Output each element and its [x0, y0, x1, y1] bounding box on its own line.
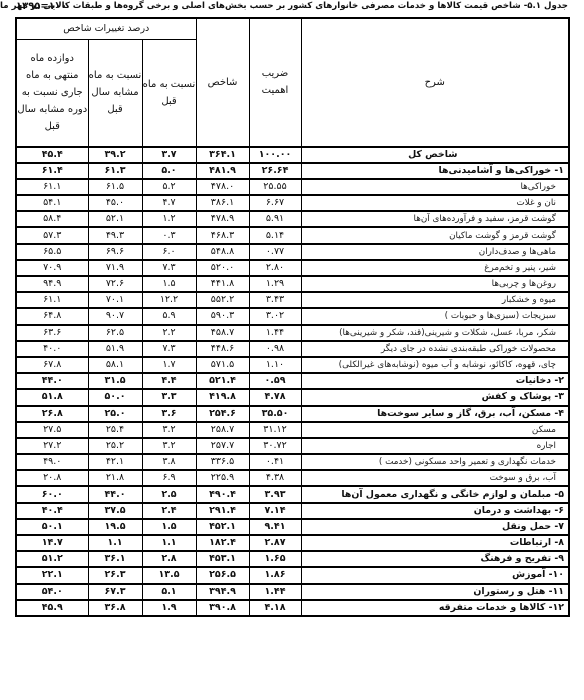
row-change-twelve-month: ۱۴.۷	[16, 535, 88, 551]
row-description: ۲- دخانیات	[301, 373, 569, 389]
row-change-twelve-month: ۵۱.۸	[16, 389, 88, 405]
table-row: گوشت قرمز، سفید و فرآورده‌های آن‌ها۵.۹۱۴…	[16, 211, 569, 227]
row-index: ۲۵۴.۶	[196, 406, 249, 422]
row-change-vs-same-month-prev-year: ۶۹.۶	[88, 244, 142, 260]
table-row: میوه و خشکبار۳.۴۳۵۵۲.۲۱۲.۲۷۰.۱۶۱.۱	[16, 292, 569, 308]
row-change-twelve-month: ۴۵.۹	[16, 600, 88, 616]
row-weight: ۲.۸۷	[249, 535, 301, 551]
row-change-vs-prev-month: ۱.۵	[142, 519, 196, 535]
row-index: ۴۵۸.۷	[196, 325, 249, 341]
row-index: ۲۵۸.۷	[196, 422, 249, 438]
table-row: خدمات نگهداری و تعمیر واحد مسکونی (خدمت …	[16, 454, 569, 470]
row-change-vs-prev-month: ۶.۰	[142, 244, 196, 260]
row-weight: ۱.۸۶	[249, 567, 301, 583]
row-description: ۷- حمل ونقل	[301, 519, 569, 535]
row-change-vs-same-month-prev-year: ۷۱.۹	[88, 260, 142, 276]
row-index: ۴۴۸.۶	[196, 341, 249, 357]
row-change-twelve-month: ۴۹.۰	[16, 454, 88, 470]
row-weight: ۲.۸۰	[249, 260, 301, 276]
row-description: ۹- تفریح و فرهنگ	[301, 551, 569, 567]
col-header-vs-prev-month: نسبت به ماه قبل	[142, 40, 196, 147]
row-description: ۴- مسکن، آب، برق، گاز و سایر سوخت‌ها	[301, 406, 569, 422]
row-weight: ۰.۴۱	[249, 454, 301, 470]
row-change-vs-prev-month: ۵.۰	[142, 163, 196, 179]
row-change-vs-same-month-prev-year: ۲۵.۰	[88, 406, 142, 422]
row-change-twelve-month: ۵۴.۱	[16, 195, 88, 211]
row-index: ۴۱۹.۸	[196, 389, 249, 405]
col-header-weight: ضریب اهمیت	[249, 18, 301, 147]
row-weight: ۰.۹۸	[249, 341, 301, 357]
row-index: ۴۷۸.۹	[196, 211, 249, 227]
table-row: ۹- تفریح و فرهنگ۱.۶۵۴۵۳.۱۲.۸۳۶.۱۵۱.۲	[16, 551, 569, 567]
table-row: شکر، مربا، عسل، شکلات و شیرینی(قند، شکر …	[16, 325, 569, 341]
row-weight: ۳.۴۳	[249, 292, 301, 308]
row-change-vs-same-month-prev-year: ۶۱.۵	[88, 179, 142, 195]
table-row: سبزیجات (سبزی‌ها و حبوبات )۳.۰۲۵۹۰.۳۵.۹۹…	[16, 308, 569, 324]
row-change-twelve-month: ۲۶.۸	[16, 406, 88, 422]
table-row: چای، قهوه، کاکائو، نوشابه و آب میوه (نوش…	[16, 357, 569, 373]
row-change-twelve-month: ۲۷.۲	[16, 438, 88, 454]
row-change-vs-same-month-prev-year: ۲۱.۸	[88, 470, 142, 486]
row-description: ۱۰- آموزش	[301, 567, 569, 583]
row-index: ۲۵۷.۷	[196, 438, 249, 454]
row-index: ۳۳۶.۵	[196, 454, 249, 470]
row-change-vs-same-month-prev-year: ۴۴.۰	[88, 486, 142, 502]
row-change-twelve-month: ۶۱.۱	[16, 179, 88, 195]
col-header-index: شاخص	[196, 18, 249, 147]
row-change-vs-same-month-prev-year: ۳۶.۸	[88, 600, 142, 616]
row-weight: ۳۰.۷۲	[249, 438, 301, 454]
row-change-twelve-month: ۵۴.۰	[16, 584, 88, 600]
row-change-vs-same-month-prev-year: ۴۹.۳	[88, 227, 142, 243]
row-index: ۴۶۸.۳	[196, 227, 249, 243]
row-description: روغن‌ها و چربی‌ها	[301, 276, 569, 292]
table-row: آب، برق و سوخت۴.۳۸۲۲۵.۹۶.۹۲۱.۸۲۰.۸	[16, 470, 569, 486]
row-weight: ۰.۷۷	[249, 244, 301, 260]
row-weight: ۱.۴۴	[249, 584, 301, 600]
row-change-vs-prev-month: ۱.۵	[142, 276, 196, 292]
row-index: ۲۲۵.۹	[196, 470, 249, 486]
row-change-vs-same-month-prev-year: ۵۲.۱	[88, 211, 142, 227]
title-bar: ۱۳۹۵=۱۰۰ جدول ۵.۱- شاخص قیمت کالاها و خد…	[0, 0, 584, 17]
row-change-vs-prev-month: ۵.۲	[142, 179, 196, 195]
row-weight: ۵.۹۱	[249, 211, 301, 227]
row-index: ۵۷۱.۵	[196, 357, 249, 373]
table-row: ۷- حمل ونقل۹.۴۱۴۵۲.۱۱.۵۱۹.۵۵۰.۱	[16, 519, 569, 535]
row-change-twelve-month: ۲۰.۸	[16, 470, 88, 486]
table-row: مسکن۳۱.۱۲۲۵۸.۷۳.۲۲۵.۴۲۷.۵	[16, 422, 569, 438]
row-change-vs-same-month-prev-year: ۲۵.۲	[88, 438, 142, 454]
row-change-vs-prev-month: ۳.۳	[142, 389, 196, 405]
row-weight: ۲۶.۶۴	[249, 163, 301, 179]
row-weight: ۶.۶۷	[249, 195, 301, 211]
row-change-twelve-month: ۶۰.۰	[16, 486, 88, 502]
row-change-twelve-month: ۶۳.۶	[16, 325, 88, 341]
row-change-twelve-month: ۲۲.۱	[16, 567, 88, 583]
row-change-twelve-month: ۶۷.۸	[16, 357, 88, 373]
row-weight: ۱.۱۰	[249, 357, 301, 373]
row-change-vs-same-month-prev-year: ۹۰.۷	[88, 308, 142, 324]
row-index: ۳۹۰.۸	[196, 600, 249, 616]
row-index: ۴۸۱.۹	[196, 163, 249, 179]
row-change-vs-prev-month: ۴.۷	[142, 195, 196, 211]
row-index: ۱۸۲.۴	[196, 535, 249, 551]
row-description: آب، برق و سوخت	[301, 470, 569, 486]
cpi-table: شرح ضریب اهمیت شاخص درصد تغییرات شاخص نس…	[15, 17, 570, 617]
row-change-twelve-month: ۴۰.۰	[16, 341, 88, 357]
row-change-twelve-month: ۶۱.۱	[16, 292, 88, 308]
row-weight: ۲۵.۵۵	[249, 179, 301, 195]
table-row: نان و غلات۶.۶۷۳۸۶.۱۴.۷۴۵.۰۵۴.۱	[16, 195, 569, 211]
table-row: اجاره۳۰.۷۲۲۵۷.۷۳.۲۲۵.۲۲۷.۲	[16, 438, 569, 454]
row-change-vs-prev-month: ۳.۲	[142, 438, 196, 454]
row-index: ۴۹۰.۴	[196, 486, 249, 502]
table-row: ماهی‌ها و صدف‌داران۰.۷۷۵۴۸.۸۶.۰۶۹.۶۶۵.۵	[16, 244, 569, 260]
row-change-vs-prev-month: ۷.۳	[142, 260, 196, 276]
row-change-vs-same-month-prev-year: ۴۲.۱	[88, 454, 142, 470]
row-change-vs-same-month-prev-year: ۶۷.۳	[88, 584, 142, 600]
row-description: نان و غلات	[301, 195, 569, 211]
row-change-vs-same-month-prev-year: ۷۰.۱	[88, 292, 142, 308]
row-description: شیر، پنیر و تخم‌مرغ	[301, 260, 569, 276]
row-change-vs-prev-month: ۱.۲	[142, 211, 196, 227]
row-weight: ۳.۹۳	[249, 486, 301, 502]
row-change-twelve-month: ۵۱.۲	[16, 551, 88, 567]
row-change-vs-same-month-prev-year: ۳۶.۱	[88, 551, 142, 567]
row-weight: ۰.۵۹	[249, 373, 301, 389]
row-change-vs-prev-month: ۵.۹	[142, 308, 196, 324]
row-description: خوراکی‌ها	[301, 179, 569, 195]
col-header-description: شرح	[301, 18, 569, 147]
row-description: ۵- مبلمان و لوازم خانگی و نگهداری معمول …	[301, 486, 569, 502]
table-row: خوراکی‌ها۲۵.۵۵۴۷۸.۰۵.۲۶۱.۵۶۱.۱	[16, 179, 569, 195]
table-row: محصولات خوراکی طبقه‌بندی نشده در جای دیگ…	[16, 341, 569, 357]
row-change-twelve-month: ۴۵.۴	[16, 147, 88, 163]
row-change-vs-same-month-prev-year: ۶۱.۳	[88, 163, 142, 179]
row-description: محصولات خوراکی طبقه‌بندی نشده در جای دیگ…	[301, 341, 569, 357]
row-weight: ۴.۱۸	[249, 600, 301, 616]
table-row: شاخص کل۱۰۰.۰۰۳۶۴.۱۳.۷۳۹.۲۴۵.۴	[16, 147, 569, 163]
row-change-vs-prev-month: ۲.۲	[142, 325, 196, 341]
row-change-vs-prev-month: ۲.۵	[142, 486, 196, 502]
row-change-vs-prev-month: ۳.۷	[142, 147, 196, 163]
table-body: شاخص کل۱۰۰.۰۰۳۶۴.۱۳.۷۳۹.۲۴۵.۴۱- خوراکی‌ه…	[16, 147, 569, 616]
row-weight: ۱.۲۹	[249, 276, 301, 292]
row-description: ۱۲- کالاها و خدمات متفرقه	[301, 600, 569, 616]
col-header-vs-same-month-prev-year: نسبت به ماه مشابه سال قبل	[88, 40, 142, 147]
row-description: چای، قهوه، کاکائو، نوشابه و آب میوه (نوش…	[301, 357, 569, 373]
table-row: ۱۱- هتل و رستوران۱.۴۴۳۹۴.۹۵.۱۶۷.۳۵۴.۰	[16, 584, 569, 600]
row-index: ۴۴۱.۸	[196, 276, 249, 292]
row-change-twelve-month: ۴۰.۴	[16, 503, 88, 519]
row-change-vs-prev-month: ۱.۱	[142, 535, 196, 551]
row-change-vs-prev-month: ۱.۹	[142, 600, 196, 616]
row-change-vs-same-month-prev-year: ۵۱.۹	[88, 341, 142, 357]
row-change-vs-prev-month: ۱.۷	[142, 357, 196, 373]
table-row: ۳- پوشاک و کفش۴.۷۸۴۱۹.۸۳.۳۵۰.۰۵۱.۸	[16, 389, 569, 405]
table-row: روغن‌ها و چربی‌ها۱.۲۹۴۴۱.۸۱.۵۷۲.۶۹۴.۹	[16, 276, 569, 292]
row-change-vs-prev-month: ۵.۱	[142, 584, 196, 600]
row-description: شکر، مربا، عسل، شکلات و شیرینی(قند، شکر …	[301, 325, 569, 341]
row-weight: ۱.۶۵	[249, 551, 301, 567]
row-weight: ۱۰۰.۰۰	[249, 147, 301, 163]
row-description: خدمات نگهداری و تعمیر واحد مسکونی (خدمت …	[301, 454, 569, 470]
row-change-vs-same-month-prev-year: ۳۹.۲	[88, 147, 142, 163]
row-weight: ۴.۷۸	[249, 389, 301, 405]
row-index: ۴۵۲.۱	[196, 519, 249, 535]
row-weight: ۹.۴۱	[249, 519, 301, 535]
row-index: ۵۲۱.۴	[196, 373, 249, 389]
row-index: ۳۹۴.۹	[196, 584, 249, 600]
table-row: ۱۲- کالاها و خدمات متفرقه۴.۱۸۳۹۰.۸۱.۹۳۶.…	[16, 600, 569, 616]
row-change-twelve-month: ۶۵.۵	[16, 244, 88, 260]
row-weight: ۴.۳۸	[249, 470, 301, 486]
row-weight: ۳۵.۵۰	[249, 406, 301, 422]
row-change-twelve-month: ۹۴.۹	[16, 276, 88, 292]
row-change-vs-same-month-prev-year: ۵۸.۱	[88, 357, 142, 373]
row-change-twelve-month: ۵۰.۱	[16, 519, 88, 535]
row-change-vs-same-month-prev-year: ۵۰.۰	[88, 389, 142, 405]
table-row: ۶- بهداشت و درمان۷.۱۴۲۹۱.۴۲.۴۳۷.۵۴۰.۴	[16, 503, 569, 519]
table-row: شیر، پنیر و تخم‌مرغ۲.۸۰۵۲۰.۰۷.۳۷۱.۹۷۰.۹	[16, 260, 569, 276]
row-index: ۳۶۴.۱	[196, 147, 249, 163]
col-header-twelve-month: دوازده ماه منتهی به ماه جاری نسبت به دور…	[16, 40, 88, 147]
row-description: ۱- خوراکی‌ها و آشامیدنی‌ها	[301, 163, 569, 179]
row-description: ماهی‌ها و صدف‌داران	[301, 244, 569, 260]
row-index: ۵۵۲.۲	[196, 292, 249, 308]
row-change-vs-same-month-prev-year: ۲۶.۳	[88, 567, 142, 583]
row-change-twelve-month: ۶۴.۸	[16, 308, 88, 324]
row-change-twelve-month: ۵۸.۴	[16, 211, 88, 227]
table-row: ۲- دخانیات۰.۵۹۵۲۱.۴۴.۴۳۱.۵۴۴.۰	[16, 373, 569, 389]
row-change-vs-prev-month: ۴.۴	[142, 373, 196, 389]
row-index: ۵۹۰.۳	[196, 308, 249, 324]
row-index: ۵۲۰.۰	[196, 260, 249, 276]
table-header: شرح ضریب اهمیت شاخص درصد تغییرات شاخص نس…	[16, 18, 569, 147]
row-change-vs-same-month-prev-year: ۶۲.۵	[88, 325, 142, 341]
table-row: ۸- ارتباطات۲.۸۷۱۸۲.۴۱.۱۱.۱۱۴.۷	[16, 535, 569, 551]
row-change-vs-same-month-prev-year: ۲۵.۴	[88, 422, 142, 438]
row-change-vs-prev-month: ۲.۸	[142, 551, 196, 567]
row-change-vs-same-month-prev-year: ۷۲.۶	[88, 276, 142, 292]
row-description: اجاره	[301, 438, 569, 454]
row-change-vs-prev-month: ۱۲.۲	[142, 292, 196, 308]
row-description: ۸- ارتباطات	[301, 535, 569, 551]
row-change-vs-same-month-prev-year: ۱.۱	[88, 535, 142, 551]
row-change-vs-prev-month: ۳.۶	[142, 406, 196, 422]
table-row: ۴- مسکن، آب، برق، گاز و سایر سوخت‌ها۳۵.۵…	[16, 406, 569, 422]
row-description: مسکن	[301, 422, 569, 438]
col-header-change-group: درصد تغییرات شاخص	[16, 18, 196, 40]
row-description: گوشت قرمز و گوشت ماکیان	[301, 227, 569, 243]
row-weight: ۱.۴۴	[249, 325, 301, 341]
row-change-vs-prev-month: ۳.۸	[142, 454, 196, 470]
row-index: ۴۵۳.۱	[196, 551, 249, 567]
row-description: شاخص کل	[301, 147, 569, 163]
row-index: ۵۴۸.۸	[196, 244, 249, 260]
table-caption: جدول ۵.۱- شاخص قیمت کالاها و خدمات مصرفی…	[0, 1, 568, 11]
row-change-twelve-month: ۷۰.۹	[16, 260, 88, 276]
row-index: ۳۸۶.۱	[196, 195, 249, 211]
row-change-twelve-month: ۶۱.۴	[16, 163, 88, 179]
row-description: ۶- بهداشت و درمان	[301, 503, 569, 519]
row-index: ۴۷۸.۰	[196, 179, 249, 195]
row-weight: ۷.۱۴	[249, 503, 301, 519]
row-change-vs-same-month-prev-year: ۳۷.۵	[88, 503, 142, 519]
row-description: سبزیجات (سبزی‌ها و حبوبات )	[301, 308, 569, 324]
row-weight: ۳۱.۱۲	[249, 422, 301, 438]
row-change-twelve-month: ۵۷.۳	[16, 227, 88, 243]
row-description: گوشت قرمز، سفید و فرآورده‌های آن‌ها	[301, 211, 569, 227]
row-change-twelve-month: ۴۴.۰	[16, 373, 88, 389]
row-change-vs-prev-month: ۷.۳	[142, 341, 196, 357]
row-description: میوه و خشکبار	[301, 292, 569, 308]
row-change-vs-same-month-prev-year: ۳۱.۵	[88, 373, 142, 389]
table-row: ۵- مبلمان و لوازم خانگی و نگهداری معمول …	[16, 486, 569, 502]
row-description: ۱۱- هتل و رستوران	[301, 584, 569, 600]
row-change-twelve-month: ۲۷.۵	[16, 422, 88, 438]
row-weight: ۳.۰۲	[249, 308, 301, 324]
row-change-vs-same-month-prev-year: ۱۹.۵	[88, 519, 142, 535]
row-change-vs-prev-month: ۱۳.۵	[142, 567, 196, 583]
row-index: ۲۹۱.۴	[196, 503, 249, 519]
row-description: ۳- پوشاک و کفش	[301, 389, 569, 405]
row-change-vs-prev-month: ۳.۲	[142, 422, 196, 438]
table-row: ۱۰- آموزش۱.۸۶۲۵۶.۵۱۳.۵۲۶.۳۲۲.۱	[16, 567, 569, 583]
row-change-vs-prev-month: ۶.۹	[142, 470, 196, 486]
row-change-vs-same-month-prev-year: ۴۵.۰	[88, 195, 142, 211]
row-change-vs-prev-month: ۲.۴	[142, 503, 196, 519]
row-weight: ۵.۱۴	[249, 227, 301, 243]
table-row: گوشت قرمز و گوشت ماکیان۵.۱۴۴۶۸.۳۰.۳۴۹.۳۵…	[16, 227, 569, 243]
table-row: ۱- خوراکی‌ها و آشامیدنی‌ها۲۶.۶۴۴۸۱.۹۵.۰۶…	[16, 163, 569, 179]
row-index: ۲۵۶.۵	[196, 567, 249, 583]
row-change-vs-prev-month: ۰.۳	[142, 227, 196, 243]
